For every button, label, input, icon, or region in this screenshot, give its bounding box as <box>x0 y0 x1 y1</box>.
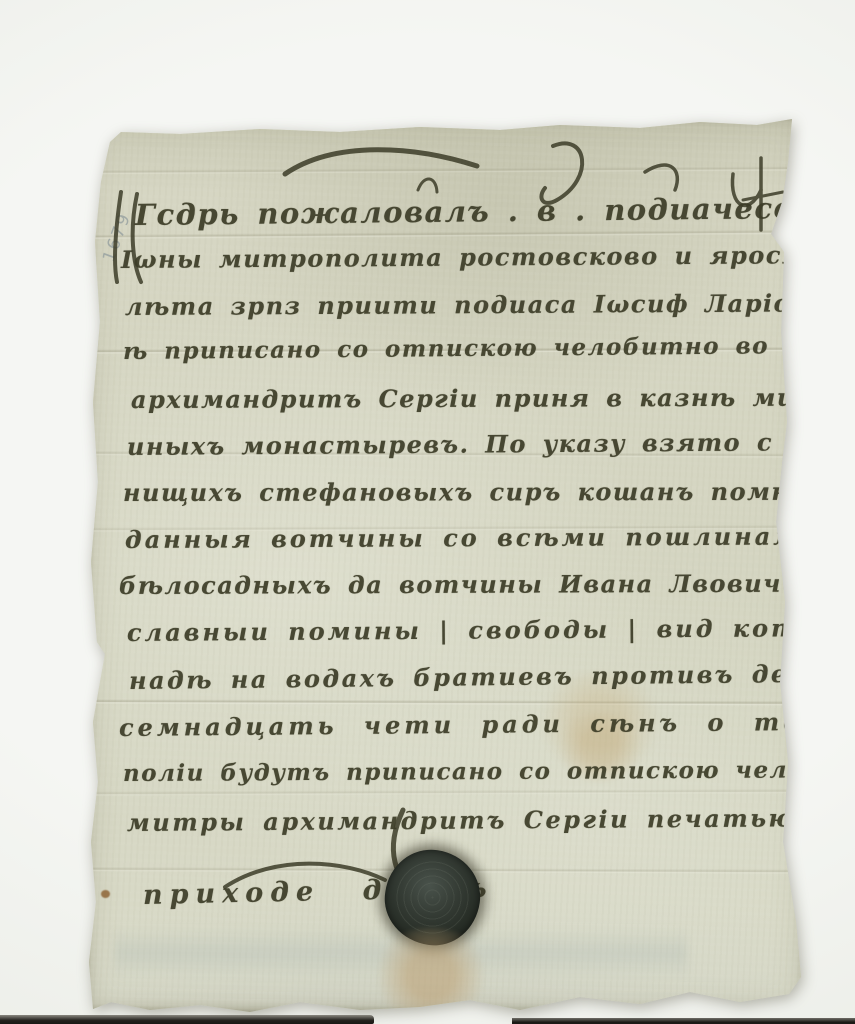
fold-crease <box>85 166 807 175</box>
manuscript-line: данныя вотчины со всѣми пошлинами и садо… <box>125 520 855 554</box>
fold-crease <box>85 699 807 706</box>
fold-crease <box>85 789 807 797</box>
manuscript-line: лѣта зрпз приити подиаса Іωсиф Ларіоновъ… <box>125 287 855 321</box>
manuscript-line: Гсдрь пожаловалъ . в . подиачесво дмитре… <box>135 187 855 232</box>
manuscript-line: ѣ приписано со отпискою челобитно во вла… <box>123 329 855 365</box>
manuscript-page-wrap: 1679 Гсдрь пожаловалъ . в <box>85 112 807 1012</box>
ink-spot <box>101 890 110 898</box>
scan-background: 1679 Гсдрь пожаловалъ . в <box>0 0 855 1024</box>
manuscript-line: славныи помины | свободы | вид котьа | в… <box>127 612 855 647</box>
manuscript-line: Іωны митрополита ростовсково и ярославск… <box>121 238 855 274</box>
manuscript-line: митры архимандритъ Сергіи печатью святаг… <box>127 801 855 837</box>
manuscript-line: надѣ на водахъ братиевъ противъ де села … <box>129 657 855 695</box>
manuscript-line: нищихъ стефановыхъ сиръ кошанъ помнивше … <box>123 476 855 507</box>
scan-edge-strip-right <box>512 1018 855 1024</box>
seal-offset-stain <box>371 928 491 1022</box>
manuscript-line: бѣлосадныхъ да вотчины Ивана Лвовичь въ … <box>119 568 855 600</box>
manuscript-line: поліи будутъ приписано со отпискою челоб… <box>123 755 855 787</box>
manuscript-line: архимандритъ Сергіи приня в казнѣ митроп… <box>131 382 855 414</box>
scan-edge-strip-left <box>0 1015 374 1024</box>
manuscript-line: семнадцать чети ради сѣнъ о томъ митро <box>119 705 855 742</box>
manuscript-line: иныхъ монастыревъ. По указу взято с нашо… <box>127 425 855 461</box>
manuscript-page: 1679 Гсдрь пожаловалъ . в <box>85 112 807 1012</box>
